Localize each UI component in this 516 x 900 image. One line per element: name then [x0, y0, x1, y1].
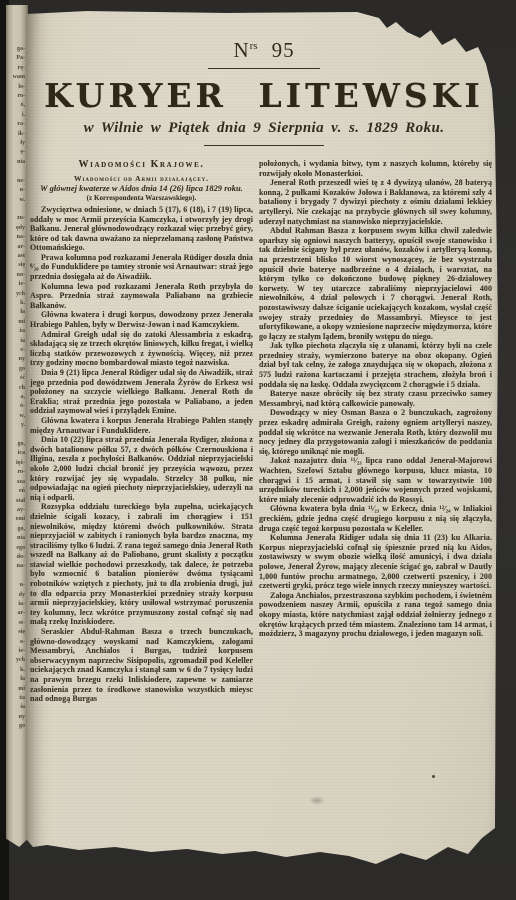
body-paragraph: Załoga Anchialos, przestraszona szybkim …: [259, 591, 492, 639]
body-paragraph: Dnia 10 (22) lipca straż przednia Jenera…: [30, 435, 253, 502]
masthead-rule-top: [208, 68, 320, 69]
previous-page-text-fragments: ga- Pa- rę- wam lo- ro- ó, i. ra- ik- ły…: [6, 5, 28, 732]
body-paragraph: Zwycięztwa odniesione, w dniach 5 (17), …: [30, 205, 253, 253]
paper-stain: [467, 304, 477, 330]
article-heading: Wiadomości od Armii działającey.: [30, 174, 253, 183]
body-paragraph: Główna kwatera i korpus Jenerała Hrabieg…: [30, 416, 253, 435]
issue-prefix: N: [233, 38, 249, 62]
right-column: położonych, i wydania bitwy, tym z naszy…: [259, 159, 492, 704]
newspaper-page: Nrs95 KURYER LITEWSKI w Wilnie w Piątek …: [27, 4, 501, 882]
body-paragraph: Jenerał Roth przeszedł wieś tę z 4 dywiz…: [259, 178, 492, 226]
scan-background: ga- Pa- rę- wam lo- ro- ó, i. ra- ik- ły…: [0, 0, 516, 900]
body-paragraph: Dowodzący w niey Osman Basza o 2 bunczuk…: [259, 408, 492, 456]
body-paragraph: Rozsypka oddziału tureckiego była zupełn…: [30, 502, 253, 627]
issue-number-value: 95: [272, 38, 295, 62]
previous-page-edge: ga- Pa- rę- wam lo- ro- ó, i. ra- ik- ły…: [6, 5, 28, 847]
body-paragraph: Kolumna Jenerała Ridiger udała się dnia …: [259, 533, 492, 591]
newspaper-title: KURYER LITEWSKI: [39, 78, 489, 114]
paper-stain: [309, 796, 325, 805]
masthead-dateline: w Wilnie w Piątek dnia 9 Sierpnia v. s. …: [39, 120, 489, 137]
body-paragraph: Jakoż nazajutrz dnia ¹¹⁄₂₃ lipca rano od…: [259, 456, 492, 504]
body-paragraph: Główna kwatera była dnia ¹¹⁄₂₃ w Erkecz,…: [259, 504, 492, 533]
body-paragraph: Prawa kolumna pod rozkazami Jenerała Rüd…: [30, 253, 253, 282]
body-paragraph: położonych, i wydania bitwy, tym z naszy…: [259, 159, 492, 178]
article-dateline: W głównej kwaterze w Aidos dnia 14 (26) …: [30, 184, 253, 193]
article-columns: Wiadomości Krajowe. Wiadomości od Armii …: [27, 146, 501, 704]
issue-superscript: rs: [250, 40, 258, 52]
body-paragraph: Jak tylko piechota złączyła się z ułanam…: [259, 341, 492, 389]
ink-speck: [432, 775, 435, 778]
body-paragraph: Abdul Rahman Basza z korpusem swym kilka…: [259, 226, 492, 341]
body-paragraph: Kolumna lewa pod rozkazami Jenerała Roth…: [30, 282, 253, 311]
correspondent-note: (z Korrespondenta Warszawskiego).: [30, 194, 253, 203]
issue-number: Nrs95: [39, 38, 489, 63]
section-heading: Wiadomości Krajowe.: [30, 159, 253, 171]
body-paragraph: Seraskier Abdul-Rahman Basza o trzech bu…: [30, 627, 253, 704]
left-column: Wiadomości Krajowe. Wiadomości od Armii …: [30, 159, 253, 704]
masthead: Nrs95 KURYER LITEWSKI w Wilnie w Piątek …: [39, 38, 489, 146]
body-paragraph: Baterye nasze obróciły się bez straty cz…: [259, 389, 492, 408]
body-paragraph: Główna kwatera i drugi korpus, dowodzony…: [30, 310, 253, 329]
body-paragraph: Admirał Greigh udał się do zatoki Alessa…: [30, 330, 253, 368]
body-paragraph: Dnia 9 (21) lipca Jenerał Rüdiger udał s…: [30, 368, 253, 416]
